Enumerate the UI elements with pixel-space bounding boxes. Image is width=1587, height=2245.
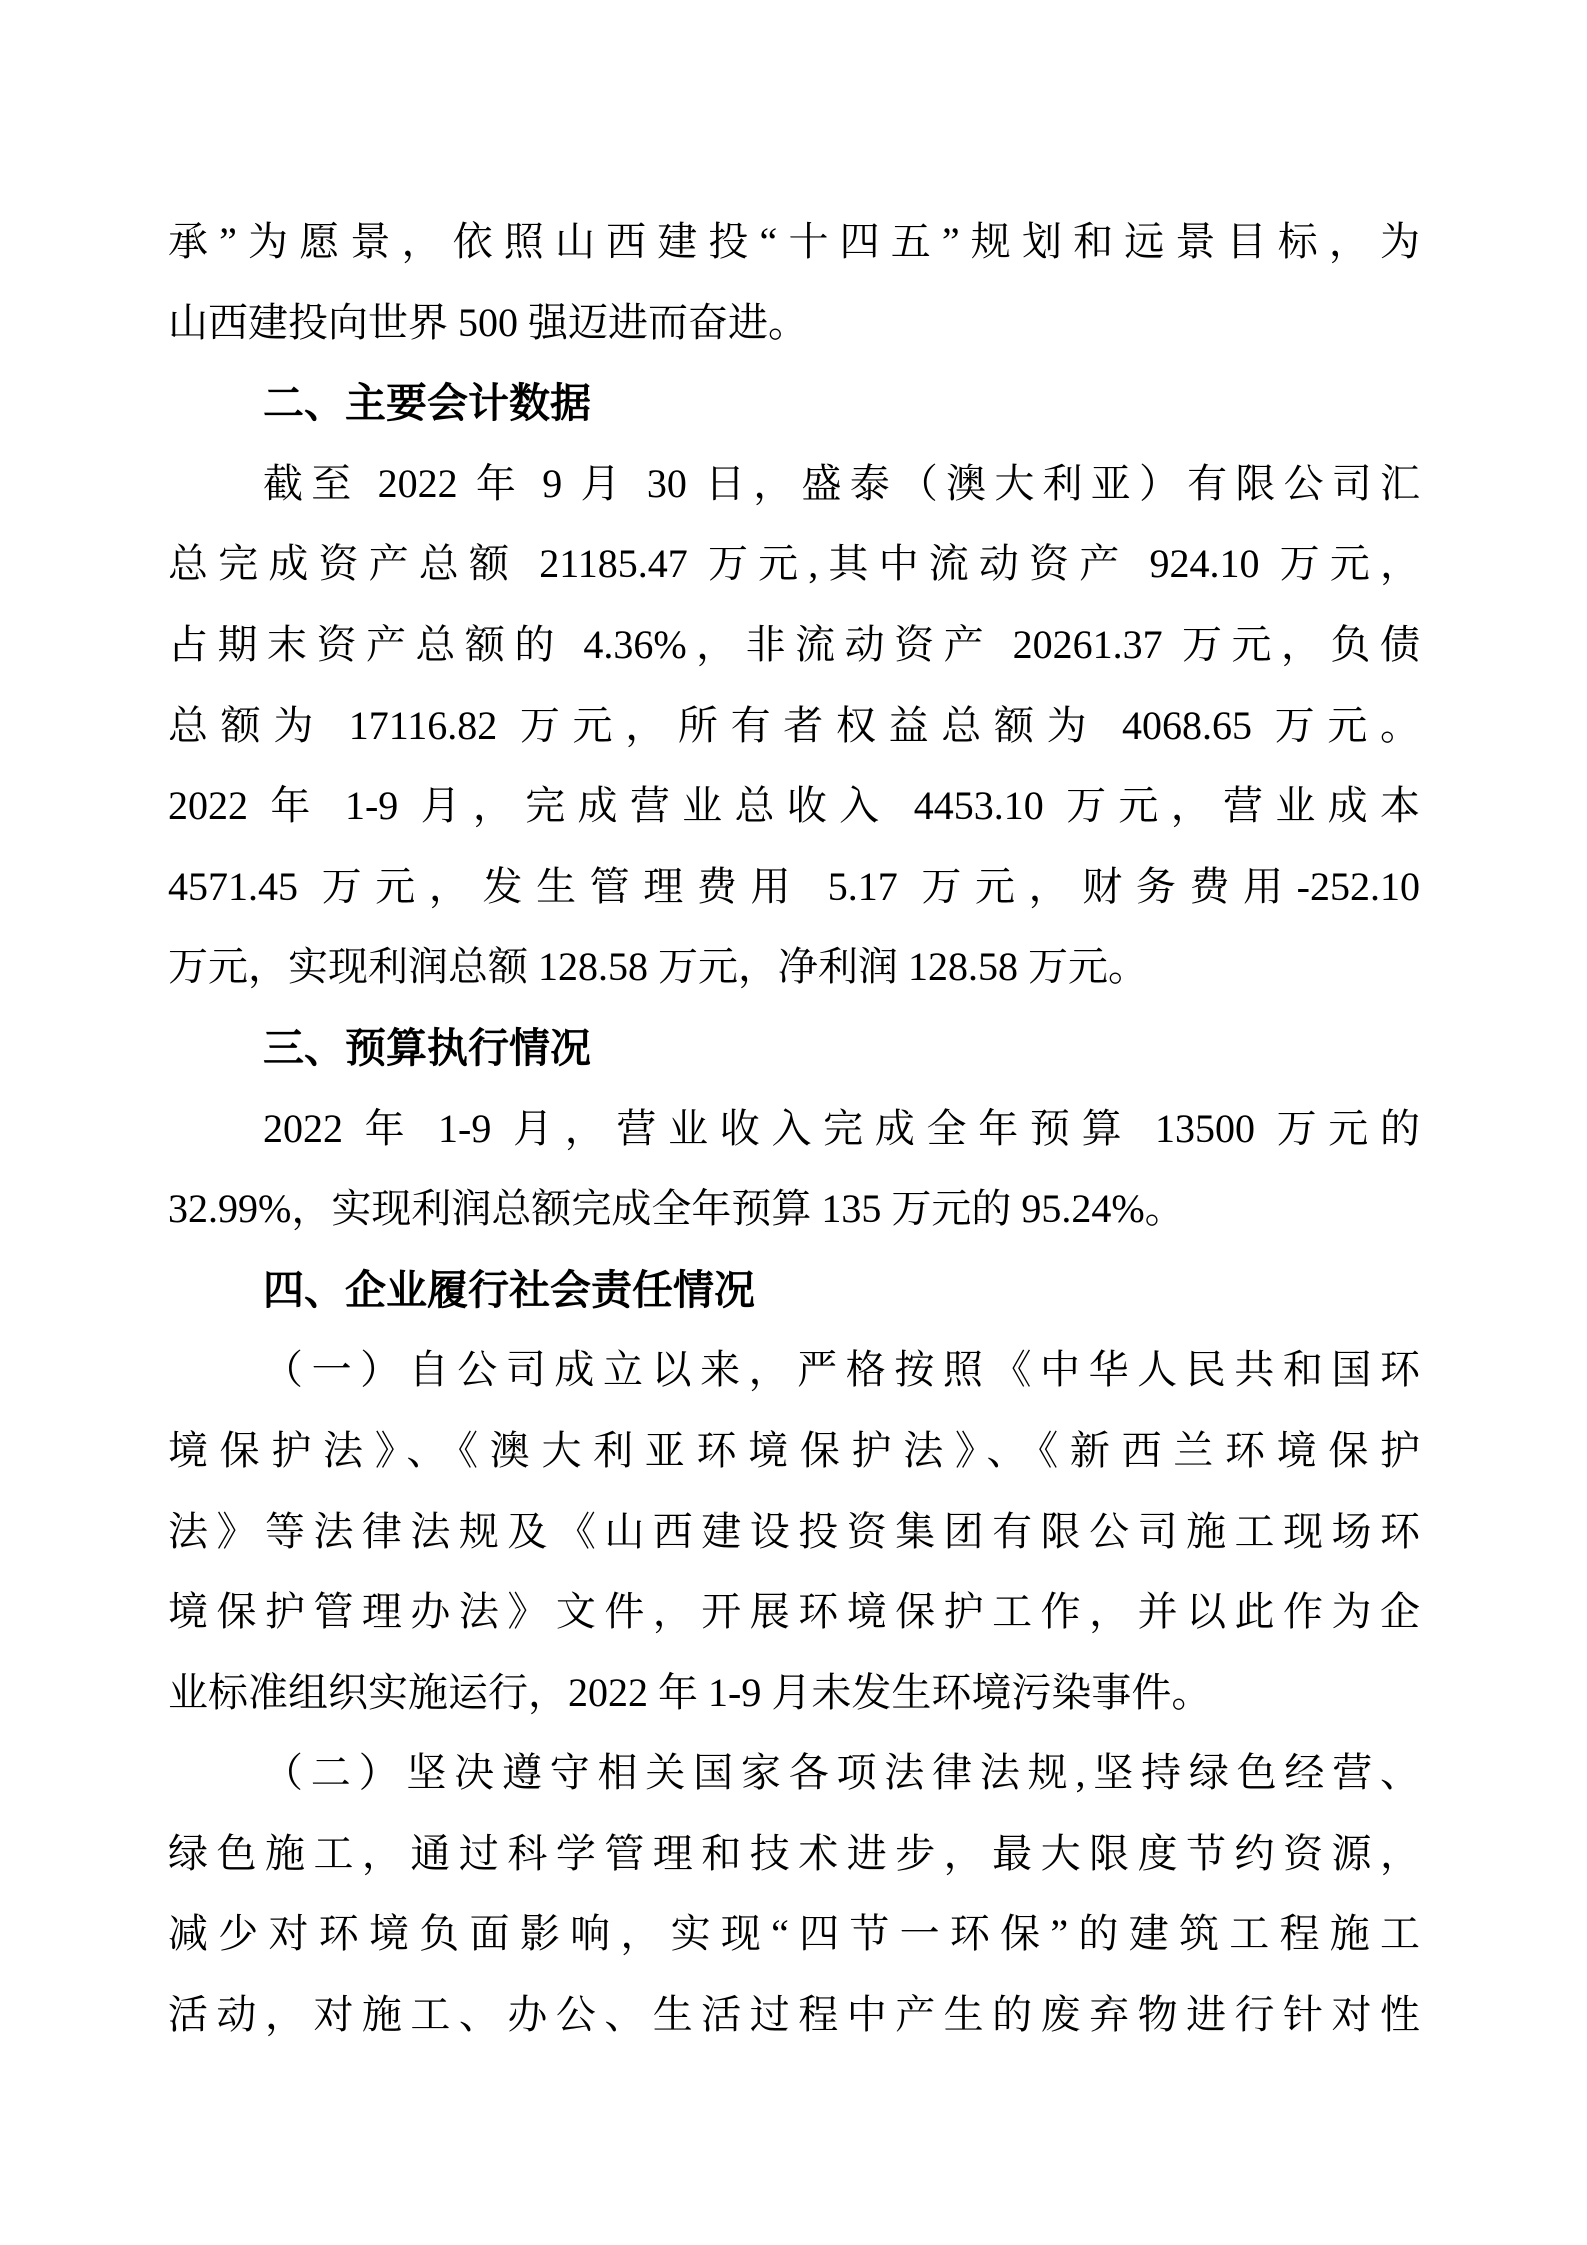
- paragraph-line: 4571.45 万元，发生管理费用 5.17 万元，财务费用-252.10: [168, 847, 1420, 928]
- section-heading: 二、主要会计数据: [168, 363, 1420, 444]
- paragraph-line: 占期末资产总额的 4.36%，非流动资产 20261.37 万元，负债: [168, 605, 1420, 686]
- paragraph-line: 万元，实现利润总额 128.58 万元，净利润 128.58 万元。: [168, 927, 1420, 1008]
- paragraph-line: 承”为愿景，依照山西建投“十四五”规划和远景目标，为: [168, 202, 1420, 283]
- paragraph-line: 总完成资产总额 21185.47 万元,其中流动资产 924.10 万元，: [168, 524, 1420, 605]
- paragraph-line: （一）自公司成立以来，严格按照《中华人民共和国环: [168, 1330, 1420, 1411]
- paragraph-line: 减少对环境负面影响，实现“四节一环保”的建筑工程施工: [168, 1894, 1420, 1975]
- paragraph-line: 32.99%，实现利润总额完成全年预算 135 万元的 95.24%。: [168, 1169, 1420, 1250]
- paragraph-line: 绿色施工，通过科学管理和技术进步，最大限度节约资源，: [168, 1814, 1420, 1895]
- document-body: 承”为愿景，依照山西建投“十四五”规划和远景目标，为山西建投向世界 500 强迈…: [168, 202, 1420, 2056]
- paragraph-line: （二）坚决遵守相关国家各项法律法规,坚持绿色经营、: [168, 1733, 1420, 1814]
- paragraph-line: 2022 年 1-9 月，完成营业总收入 4453.10 万元，营业成本: [168, 766, 1420, 847]
- section-heading: 四、企业履行社会责任情况: [168, 1250, 1420, 1331]
- paragraph-line: 境保护管理办法》文件，开展环境保护工作，并以此作为企: [168, 1572, 1420, 1653]
- section-heading: 三、预算执行情况: [168, 1008, 1420, 1089]
- paragraph-line: 法》等法律法规及《山西建设投资集团有限公司施工现场环: [168, 1492, 1420, 1573]
- paragraph-line: 境保护法》、《澳大利亚环境保护法》、《新西兰环境保护: [168, 1411, 1420, 1492]
- paragraph-line: 截至 2022 年 9 月 30 日，盛泰（澳大利亚）有限公司汇: [168, 444, 1420, 525]
- paragraph-line: 业标准组织实施运行，2022 年 1-9 月未发生环境污染事件。: [168, 1653, 1420, 1734]
- paragraph-line: 活动，对施工、办公、生活过程中产生的废弃物进行针对性: [168, 1975, 1420, 2056]
- paragraph-line: 山西建投向世界 500 强迈进而奋进。: [168, 283, 1420, 364]
- document-page: 承”为愿景，依照山西建投“十四五”规划和远景目标，为山西建投向世界 500 强迈…: [0, 0, 1587, 2245]
- paragraph-line: 2022 年 1-9 月，营业收入完成全年预算 13500 万元的: [168, 1089, 1420, 1170]
- paragraph-line: 总额为 17116.82 万元，所有者权益总额为 4068.65 万元。: [168, 686, 1420, 767]
